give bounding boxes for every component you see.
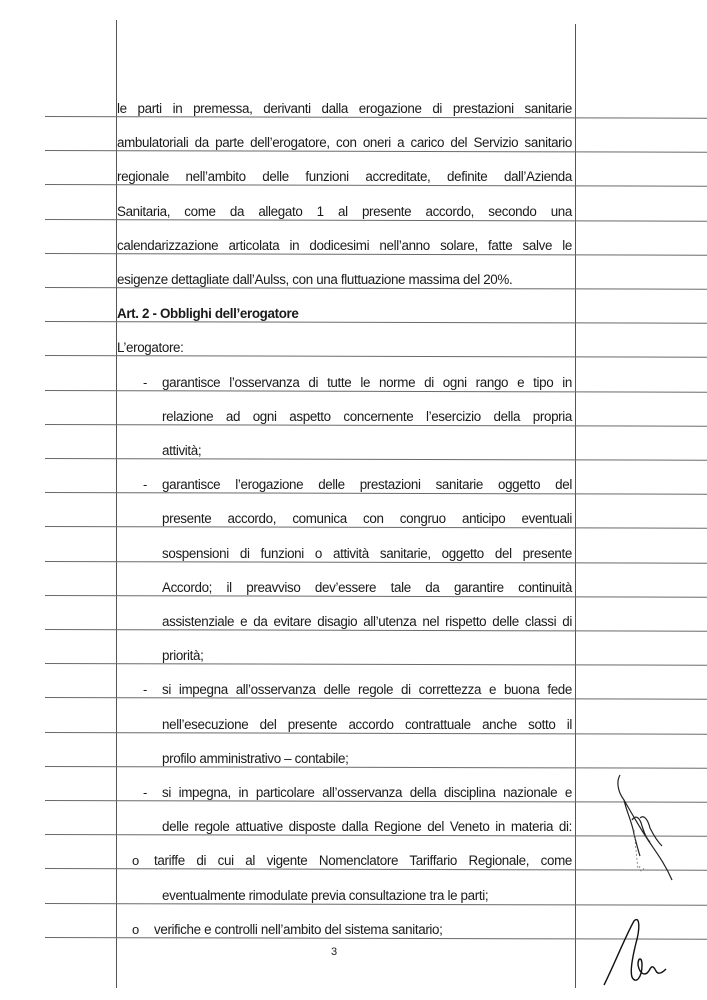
dash-bullet-icon: -: [143, 783, 147, 803]
line-text: profilo amministrativo – contabile;: [162, 749, 348, 769]
text-line: le parti in premessa, derivanti dalla er…: [117, 99, 572, 119]
line-text: si impegna, in particolare all’osservanz…: [162, 783, 572, 803]
page-number: 3: [331, 946, 337, 958]
text-line: esigenze dettagliate dall’Aulss, con una…: [117, 270, 572, 290]
left-margin-line: [116, 20, 117, 988]
signature-lower: [600, 915, 690, 995]
line-text: nell’esecuzione del presente accordo con…: [162, 715, 572, 735]
line-text: priorità;: [162, 646, 204, 666]
text-line: nell’esecuzione del presente accordo con…: [117, 715, 572, 735]
text-line: attività;: [117, 441, 572, 461]
text-line: -garantisce l’osservanza di tutte le nor…: [117, 373, 572, 393]
text-line: Sanitaria, come da allegato 1 al present…: [117, 202, 572, 222]
line-text: Art. 2 - Obblighi dell’erogatore: [117, 304, 299, 324]
line-text: ambulatoriali da parte dell’erogatore, c…: [117, 133, 572, 153]
text-line: calendarizzazione articolata in dodicesi…: [117, 236, 572, 256]
text-line: otariffe di cui al vigente Nomenclatore …: [117, 851, 572, 871]
text-line: presente accordo, comunica con congruo a…: [117, 509, 572, 529]
line-text: relazione ad ogni aspetto concernente l’…: [162, 407, 572, 427]
line-text: delle regole attuative disposte dalla Re…: [162, 817, 572, 837]
line-text: eventualmente rimodulate previa consulta…: [162, 886, 488, 906]
right-margin-line: [575, 24, 576, 988]
line-text: tariffe di cui al vigente Nomenclatore T…: [154, 851, 572, 871]
text-line: overifiche e controlli nell’ambito del s…: [117, 920, 572, 940]
text-line: ambulatoriali da parte dell’erogatore, c…: [117, 133, 572, 153]
text-line: L’erogatore:: [117, 338, 572, 358]
dash-bullet-icon: -: [143, 475, 147, 495]
text-line: Accordo; il preavviso dev’essere tale da…: [117, 578, 572, 598]
line-text: garantisce l’erogazione delle prestazion…: [162, 475, 572, 495]
text-line: regionale nell’ambito delle funzioni acc…: [117, 167, 572, 187]
circle-bullet-icon: o: [132, 851, 139, 871]
article-heading: Art. 2 - Obblighi dell’erogatore: [117, 304, 572, 324]
text-line: assistenziale e da evitare disagio all’u…: [117, 612, 572, 632]
text-line: priorità;: [117, 646, 572, 666]
line-text: le parti in premessa, derivanti dalla er…: [117, 99, 572, 119]
text-line: delle regole attuative disposte dalla Re…: [117, 817, 572, 837]
line-text: esigenze dettagliate dall’Aulss, con una…: [117, 270, 512, 290]
line-text: regionale nell’ambito delle funzioni acc…: [117, 167, 572, 187]
circle-bullet-icon: o: [132, 920, 139, 940]
line-text: si impegna all’osservanza delle regole d…: [162, 680, 572, 700]
line-text: garantisce l’osservanza di tutte le norm…: [162, 373, 572, 393]
text-line: relazione ad ogni aspetto concernente l’…: [117, 407, 572, 427]
text-line: eventualmente rimodulate previa consulta…: [117, 886, 572, 906]
line-text: calendarizzazione articolata in dodicesi…: [117, 236, 572, 256]
line-text: assistenziale e da evitare disagio all’u…: [162, 612, 572, 632]
signature-upper: [610, 770, 690, 900]
line-text: Sanitaria, come da allegato 1 al present…: [117, 202, 572, 222]
text-line: -garantisce l’erogazione delle prestazio…: [117, 475, 572, 495]
text-line: -si impegna, in particolare all’osservan…: [117, 783, 572, 803]
line-text: L’erogatore:: [117, 338, 184, 358]
line-text: presente accordo, comunica con congruo a…: [162, 509, 572, 529]
text-line: profilo amministrativo – contabile;: [117, 749, 572, 769]
line-text: verifiche e controlli nell’ambito del si…: [154, 920, 443, 940]
dash-bullet-icon: -: [143, 680, 147, 700]
line-text: attività;: [162, 441, 201, 461]
line-text: sospensioni di funzioni o attività sanit…: [162, 544, 572, 564]
text-line: sospensioni di funzioni o attività sanit…: [117, 544, 572, 564]
dash-bullet-icon: -: [143, 373, 147, 393]
text-line: -si impegna all’osservanza delle regole …: [117, 680, 572, 700]
line-text: Accordo; il preavviso dev’essere tale da…: [162, 578, 572, 598]
